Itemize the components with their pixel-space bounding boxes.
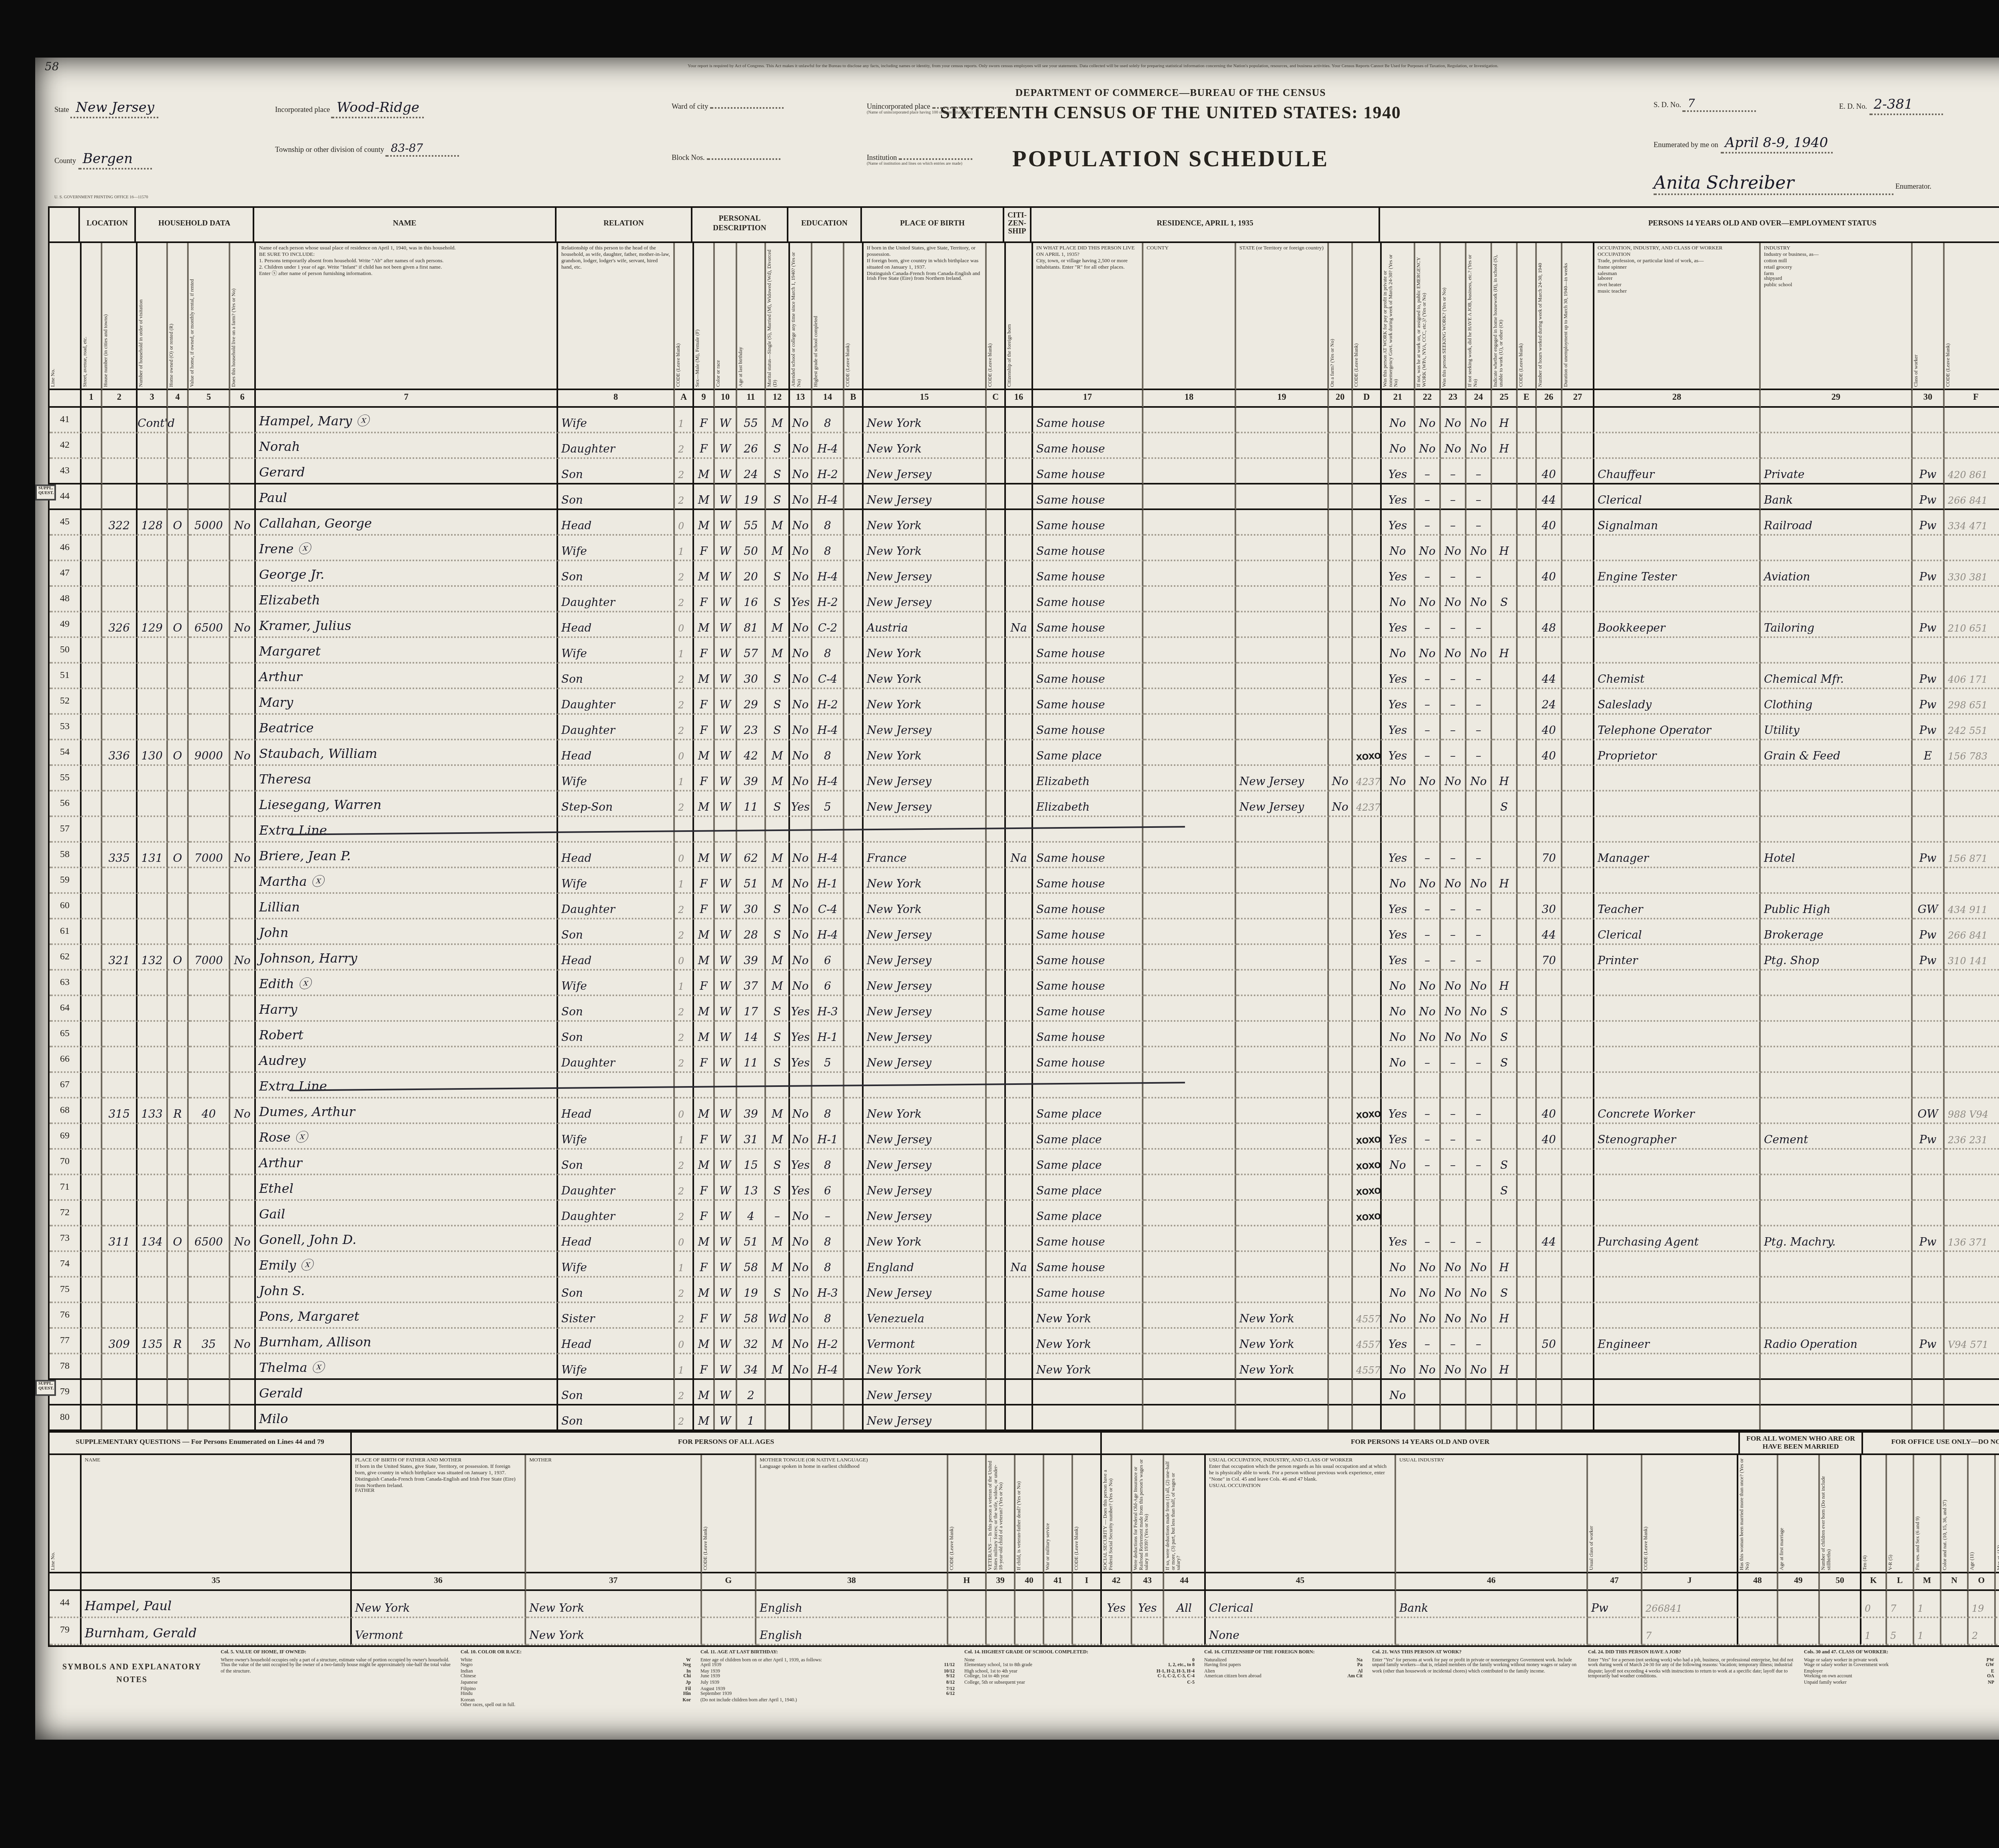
cell-cF (1945, 638, 1999, 664)
cell-c26: 40 (1537, 510, 1562, 536)
value-own: O (168, 954, 187, 969)
cell-cF (1945, 1022, 1999, 1047)
value-c25: H (1492, 775, 1516, 790)
cell-cls (1913, 536, 1945, 561)
cell-own (168, 1150, 189, 1175)
column-label-sname: NAME (80, 1455, 352, 1573)
value-ln: 74 (50, 1259, 80, 1269)
value-age: 58 (737, 1312, 764, 1327)
census-row: 49326129O6500NoKramer, JuliusHead0MW81MN… (50, 612, 1999, 638)
column-label-ind: INDUSTRY Industry or business, as— cotto… (1761, 243, 1913, 390)
cell-c22: – (1415, 1124, 1441, 1150)
cell-birth: New Jersey (862, 715, 987, 740)
cell-mar: M (766, 1252, 790, 1278)
cell-house (102, 408, 138, 433)
cell-c27 (1562, 1354, 1594, 1380)
cell-c24: – (1466, 919, 1492, 945)
value-c24: – (1466, 1107, 1490, 1122)
cell-col: W (715, 1354, 737, 1380)
value-c25: H (1492, 647, 1516, 662)
value-val: 6500 (189, 1235, 229, 1250)
value-cA: 2 (675, 700, 684, 713)
cell-street (80, 459, 102, 484)
cell-rel: Head (557, 510, 675, 536)
cell-name: Thelma ⓧ (254, 1354, 558, 1380)
cell-ind (1761, 1098, 1913, 1124)
value-rel: Daughter (558, 724, 615, 739)
value-col: W (715, 775, 736, 790)
value-ln: 77 (50, 1336, 80, 1346)
cell-farm: No (230, 1226, 256, 1252)
cell-c27 (1562, 1098, 1594, 1124)
column-number-cD: D (1353, 390, 1382, 408)
value-sch: No (790, 775, 811, 790)
cell-sch: No (788, 1252, 812, 1278)
value-mar: S (766, 1158, 788, 1174)
cell-c27 (1562, 1226, 1594, 1252)
value-name: Milo (256, 1412, 288, 1429)
cell-cA: 0 (675, 612, 694, 638)
cell-ind (1761, 817, 1913, 843)
cell-c23: No (1441, 638, 1466, 664)
value-c24: – (1466, 621, 1490, 636)
value-ln: 49 (50, 620, 80, 629)
cell-house (102, 1073, 138, 1098)
value-sex: F (694, 1363, 713, 1378)
value-mar: S (766, 442, 788, 457)
cell-cit (1004, 408, 1033, 433)
value-c22: – (1415, 954, 1439, 969)
cell-city: Same house (1031, 561, 1143, 587)
cell-cit (1004, 689, 1033, 715)
value-sch: Yes (790, 596, 811, 611)
note-text: Enter "Yes" for a person (not seeking wo… (1588, 1658, 1794, 1681)
cell-occ: Teacher (1593, 894, 1761, 919)
cell-cit (1004, 996, 1033, 1022)
value-ln: 67 (50, 1080, 80, 1090)
cell-name: Rose ⓧ (254, 1124, 558, 1150)
cell-sex: F (692, 536, 715, 561)
cell-val (189, 791, 230, 817)
value-c21: No (1382, 775, 1414, 790)
cell-occ (1593, 1201, 1761, 1226)
block-field: Block Nos. (672, 154, 780, 161)
cell-col: W (715, 1201, 737, 1226)
cell-rel: Daughter (557, 433, 675, 459)
institution-field: Institution (Name of institution and lin… (867, 154, 972, 166)
value-c24: No (1466, 1363, 1490, 1378)
column-number-s48: 48 (1737, 1573, 1778, 1591)
ward-value (710, 107, 784, 109)
cell-cls: Pw (1913, 510, 1945, 536)
cell-street (80, 715, 102, 740)
value-s47: Pw (1588, 1601, 1608, 1617)
cell-mar: M (766, 766, 790, 791)
cell-house (102, 1380, 138, 1405)
dept-title: DEPARTMENT OF COMMERCE—BUREAU OF THE CEN… (723, 88, 1618, 99)
value-sex: F (694, 417, 713, 432)
cell-f20 (1329, 971, 1353, 996)
column-number-sN: N (1941, 1573, 1969, 1591)
cell-c26 (1537, 971, 1562, 996)
value-col: W (715, 877, 736, 892)
cell-own (168, 1175, 189, 1201)
cell-c23: – (1441, 894, 1466, 919)
cell-ln: 76 (50, 1303, 82, 1329)
cell-city: New York (1031, 1329, 1143, 1354)
cell-age: 19 (737, 484, 766, 510)
cell-c24: – (1466, 1098, 1492, 1124)
cell-rel: Head (557, 1098, 675, 1124)
cell-c22: No (1415, 1252, 1441, 1278)
value-ln: 63 (50, 978, 80, 987)
value-cF: 156 871 (1945, 854, 1987, 867)
cell-street (80, 536, 102, 561)
census-row: 53BeatriceDaughter2FW23SNoH-4New JerseyS… (50, 715, 1999, 740)
cell-mar: Wd (766, 1303, 790, 1329)
cell-cit (1004, 459, 1033, 484)
note-item: IndianIn (461, 1669, 691, 1675)
cell-birth: New Jersey (862, 484, 987, 510)
cell-f20 (1329, 1252, 1353, 1278)
cell-cC (987, 817, 1006, 843)
cell-c24: No (1466, 971, 1492, 996)
cell-c24: – (1466, 484, 1492, 510)
cell-birth: New Jersey (862, 919, 987, 945)
value-cA: 0 (675, 854, 684, 867)
cell-city: Elizabeth (1031, 791, 1143, 817)
value-mar: M (766, 519, 788, 534)
value-farm: No (230, 519, 254, 534)
value-city: Same house (1033, 442, 1105, 457)
cell-c27 (1562, 612, 1594, 638)
value-name: Pons, Margaret (256, 1310, 359, 1327)
value-birth: New York (864, 1363, 922, 1378)
cell-c21: Yes (1380, 1098, 1415, 1124)
cell-cit (1004, 638, 1033, 664)
cell-cC (987, 1354, 1006, 1380)
cell-state (1236, 996, 1329, 1022)
cell-s43 (1132, 1618, 1164, 1645)
cell-grade: H-2 (812, 459, 844, 484)
value-own: O (168, 749, 187, 764)
column-label-val: Value of home, if owned, or monthly rent… (189, 243, 230, 390)
cell-name: George Jr. (254, 561, 558, 587)
cell-hh (136, 1354, 168, 1380)
column-label-birth: If born in the United States, give State… (862, 243, 987, 390)
value-birth: England (864, 1261, 914, 1276)
cell-age: 17 (737, 996, 766, 1022)
cell-cB (844, 510, 864, 536)
value-c26: 40 (1537, 570, 1561, 585)
corner-annotation: 58 (45, 61, 59, 74)
cell-cA: 0 (675, 740, 694, 766)
note-text: Enter age of children born on or after A… (700, 1658, 955, 1663)
cell-own (168, 587, 189, 612)
cell-own (168, 1278, 189, 1303)
cell-occ (1593, 1354, 1761, 1380)
cell-rel: Wife (557, 408, 675, 433)
cell-cB (844, 536, 864, 561)
value-age: 55 (737, 519, 764, 534)
cell-sch: No (788, 484, 812, 510)
value-grade: H-2 (812, 1338, 843, 1353)
value-col: W (715, 1184, 736, 1199)
cell-c27 (1562, 843, 1594, 868)
value-sch: No (790, 493, 811, 508)
value-age: 20 (737, 570, 764, 585)
cell-name: Harry (254, 996, 558, 1022)
cell-cF (1945, 536, 1999, 561)
column-number-farm: 6 (230, 390, 256, 408)
cell-s47 (1588, 1618, 1642, 1645)
value-cA: 2 (675, 1417, 684, 1429)
value-age: 57 (737, 647, 764, 662)
cell-c26 (1537, 433, 1562, 459)
cell-county (1143, 843, 1236, 868)
cell-c22: – (1415, 1047, 1441, 1073)
value-ln: 68 (50, 1106, 80, 1115)
cell-c22: – (1415, 484, 1441, 510)
cell-ind (1761, 1150, 1913, 1175)
cell-cF: 236 231 (1945, 1124, 1999, 1150)
cell-county (1143, 1201, 1236, 1226)
cell-ind: Private (1761, 459, 1913, 484)
cell-cB (844, 664, 864, 689)
cell-mar (766, 1380, 790, 1405)
cell-cA: 2 (675, 919, 694, 945)
cell-val (189, 1201, 230, 1226)
cell-cC (987, 971, 1006, 996)
column-number-c22: 22 (1415, 390, 1441, 408)
value-age: 51 (737, 1235, 764, 1250)
cell-c22: – (1415, 510, 1441, 536)
cell-c25: S (1492, 1175, 1518, 1201)
cell-age: 26 (737, 433, 766, 459)
cell-state (1236, 459, 1329, 484)
cell-house (102, 536, 138, 561)
cell-grade: H-1 (812, 1022, 844, 1047)
value-ln: 50 (50, 645, 80, 655)
cell-c25 (1492, 1201, 1518, 1226)
value-c22: No (1415, 544, 1439, 560)
cell-hh (136, 484, 168, 510)
value-grade: H-4 (812, 775, 843, 790)
value-sex: M (694, 621, 713, 636)
value-col: W (715, 1261, 736, 1276)
cell-city: Same house (1031, 1047, 1143, 1073)
cell-mar: M (766, 945, 790, 971)
census-row: 70ArthurSon2MW15SYes8New JerseySame plac… (50, 1150, 1999, 1175)
cell-mar: M (766, 868, 790, 894)
group-label: SUPPLEMENTARY QUESTIONS — For Persons En… (48, 1433, 352, 1455)
value-c22: No (1415, 596, 1439, 611)
cell-name: Lillian (254, 894, 558, 919)
value-ind: Tailoring (1761, 621, 1814, 636)
cell-own: R (168, 1329, 189, 1354)
cell-state (1236, 894, 1329, 919)
cell-c26 (1537, 817, 1562, 843)
value-cls: Pw (1913, 1133, 1943, 1148)
cell-c21 (1380, 791, 1415, 817)
cell-cA: 0 (675, 510, 694, 536)
census-row: 55TheresaWife1FW39MNoH-4New JerseyElizab… (50, 766, 1999, 791)
value-c24: No (1466, 596, 1490, 611)
cell-sex: M (692, 612, 715, 638)
value-c26: 40 (1537, 468, 1561, 483)
cell-rel: Head (557, 740, 675, 766)
cell-cD: XOXO (1353, 1175, 1382, 1201)
value-ln: 69 (50, 1131, 80, 1141)
value-cA: 1 (675, 1366, 684, 1378)
group-label: FOR ALL WOMEN WHO ARE OR HAVE BEEN MARRI… (1738, 1433, 1863, 1455)
value-name: Kramer, Julius (256, 619, 351, 636)
cell-own: O (168, 945, 189, 971)
cell-own (168, 1252, 189, 1278)
column-number-sfather: 36 (350, 1573, 526, 1591)
value-sex: M (694, 1235, 713, 1250)
value-grade: H-4 (812, 1363, 843, 1378)
value-c24: – (1466, 698, 1490, 713)
cell-city: Elizabeth (1031, 766, 1143, 791)
value-birth: New Jersey (864, 954, 932, 969)
column-label-sK: Ten (4) (1860, 1455, 1887, 1573)
value-col: W (715, 544, 736, 560)
value-city: Same house (1033, 851, 1105, 867)
cell-grade: H-4 (812, 433, 844, 459)
cell-cls (1913, 1201, 1945, 1226)
cell-state (1236, 1226, 1329, 1252)
value-grade: 8 (812, 1158, 843, 1174)
cell-c23: No (1441, 536, 1466, 561)
cell-cE (1518, 843, 1537, 868)
value-cls: Pw (1913, 851, 1943, 867)
value-rel: Wife (558, 979, 587, 995)
cell-age: 37 (737, 971, 766, 996)
cell-occ (1593, 638, 1761, 664)
cell-farm: No (230, 1098, 256, 1124)
value-age: 39 (737, 954, 764, 969)
cell-cF: 136 371 (1945, 1226, 1999, 1252)
value-rel: Son (558, 1158, 583, 1174)
cell-col: W (715, 638, 737, 664)
value-smother: New York (526, 1629, 584, 1644)
cell-sex: M (692, 561, 715, 587)
cell-birth: New York (862, 740, 987, 766)
cell-f20 (1329, 715, 1353, 740)
value-c24: No (1466, 442, 1490, 457)
cell-street (80, 689, 102, 715)
cell-county (1143, 894, 1236, 919)
cell-cC (987, 843, 1006, 868)
cell-county (1143, 1278, 1236, 1303)
value-cls: Pw (1913, 954, 1943, 969)
column-label-c26: Number of hours worked during week of Ma… (1537, 243, 1562, 390)
cell-c23: No (1441, 971, 1466, 996)
cell-cit (1004, 1226, 1033, 1252)
cell-cls: Pw (1913, 919, 1945, 945)
cell-birth: New Jersey (862, 1047, 987, 1073)
cell-c26: 24 (1537, 689, 1562, 715)
value-cA: 2 (675, 1289, 684, 1302)
cell-c22 (1415, 817, 1441, 843)
cell-birth: New Jersey (862, 587, 987, 612)
cell-cC (987, 766, 1006, 791)
cell-c25 (1492, 612, 1518, 638)
cell-age: 50 (737, 536, 766, 561)
value-c26: 70 (1537, 851, 1561, 867)
value-city: New York (1033, 1363, 1091, 1378)
value-c22: – (1415, 519, 1439, 534)
value-hh: 132 (138, 954, 166, 969)
value-cA: 1 (675, 879, 684, 892)
value-c22: – (1415, 672, 1439, 688)
column-label-c22: If not, was he at work on, or assigned t… (1415, 243, 1441, 390)
cell-sfather: Vermont (350, 1618, 526, 1645)
cell-grade: C-4 (812, 664, 844, 689)
cell-house (102, 1252, 138, 1278)
cell-cD (1353, 484, 1382, 510)
value-hh: 134 (138, 1235, 166, 1250)
value-c23: No (1441, 877, 1465, 892)
cell-s40 (1015, 1591, 1044, 1618)
value-state: New Jersey (1236, 775, 1304, 790)
value-c24: – (1466, 724, 1490, 739)
cell-city: New York (1031, 1354, 1143, 1380)
column-label-sO: Age (11) (1969, 1455, 1996, 1573)
cell-cF (1945, 1405, 1999, 1431)
value-cD: 4557 (1353, 1366, 1381, 1378)
value-c22: – (1415, 493, 1439, 508)
cell-c24: No (1466, 638, 1492, 664)
census-row: 46Irene ⓧWife1FW50MNo8New YorkSame house… (50, 536, 1999, 561)
cell-occ (1593, 587, 1761, 612)
value-rel: Head (558, 851, 592, 867)
cell-occ (1593, 971, 1761, 996)
value-sch: No (790, 417, 811, 432)
cell-sch: No (788, 433, 812, 459)
cell-name: Paul (254, 484, 558, 510)
cell-ln: 51 (50, 664, 82, 689)
cell-cD (1353, 945, 1382, 971)
value-occ: Clerical (1594, 928, 1642, 943)
value-c22: – (1415, 468, 1439, 483)
cell-col: W (715, 1252, 737, 1278)
value-city: Same house (1033, 493, 1105, 508)
cell-occ (1593, 1175, 1761, 1201)
cell-col: W (715, 1098, 737, 1124)
cell-cls: E (1913, 740, 1945, 766)
cell-hh (136, 638, 168, 664)
value-c22: – (1415, 928, 1439, 943)
value-sP: 1 (1996, 1604, 1999, 1617)
cell-sex: F (692, 1354, 715, 1380)
cell-c27 (1562, 1252, 1594, 1278)
value-mar: M (766, 1338, 788, 1353)
value-c21: Yes (1382, 851, 1414, 867)
cell-ln: 48 (50, 587, 82, 612)
value-occ: Manager (1594, 851, 1649, 867)
cell-ind: Chemical Mfr. (1761, 664, 1913, 689)
cell-cE (1518, 919, 1537, 945)
value-house: 309 (102, 1338, 136, 1353)
cell-cF (1945, 1150, 1999, 1175)
cell-sch: No (788, 971, 812, 996)
cell-c27 (1562, 1175, 1594, 1201)
cell-cD: XOXO (1353, 1201, 1382, 1226)
cell-ln: 70 (50, 1150, 82, 1175)
cell-c27 (1562, 740, 1594, 766)
